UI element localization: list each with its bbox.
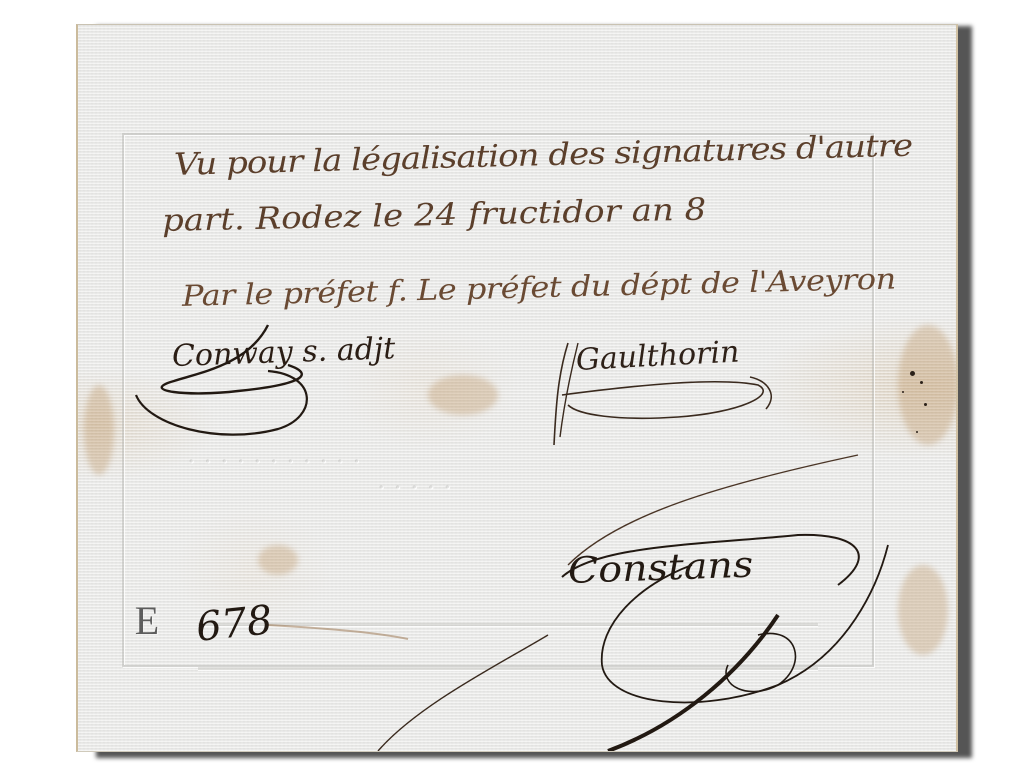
document-paper: · · · · · · · · · · · · · · · · Vu pour … bbox=[76, 24, 958, 752]
canvas: · · · · · · · · · · · · · · · · Vu pour … bbox=[0, 0, 1024, 768]
series-letter-stamp: E bbox=[130, 601, 164, 641]
signature-bottom-right: Constans bbox=[567, 545, 754, 592]
serial-number: 678 bbox=[194, 597, 275, 651]
